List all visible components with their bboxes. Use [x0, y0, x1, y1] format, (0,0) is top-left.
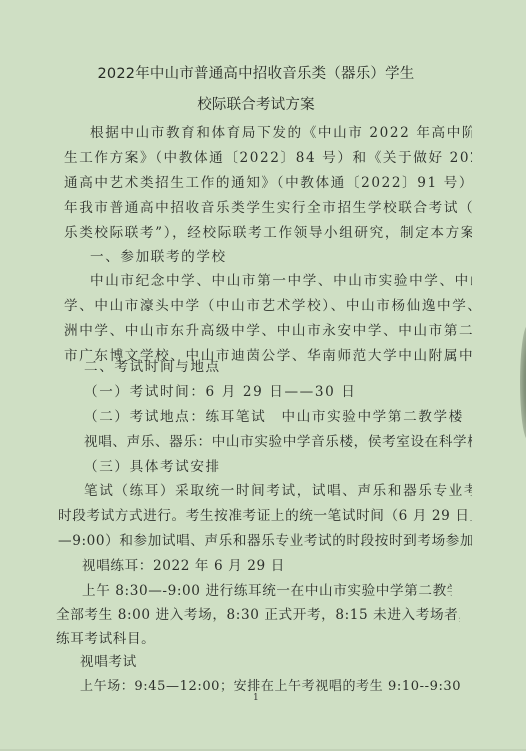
exam-location: （二）考试地点：练耳笔试 中山市实验中学第二教学楼	[84, 408, 472, 426]
arrangement-line: 笔试（练耳）采取统一时间考试，试唱、声乐和器乐专业考试采取分	[84, 482, 472, 500]
exam-location-detail: 视唱、声乐、器乐：中山市实验中学音乐楼，侯考室设在科学楼一楼。	[84, 433, 472, 451]
section-2-heading: 二、考试时间与地点	[84, 358, 472, 376]
ear-training-line: 上午 8:30—-9:00 进行练耳统一在中山市实验中学第二教学楼笔试，	[82, 582, 452, 600]
exam-time: （一）考试时间：6 月 29 日——30 日	[84, 383, 472, 401]
arrangement-line: —9:00）和参加试唱、声乐和器乐专业考试的时段按时到考场参加考试。	[58, 532, 472, 550]
intro-line: 通高中艺术类招生工作的通知》（中教体通〔2022〕91 号）文件精神，2022	[64, 174, 472, 192]
ear-training-date: 视唱练耳：2022 年 6 月 29 日	[82, 557, 470, 575]
arrangement-heading: （三）具体考试安排	[84, 458, 472, 476]
intro-line: 年我市普通高中招收音乐类学生实行全市招生学校联合考试（以下称“音	[64, 199, 472, 217]
section-1-heading: 一、参加联考的学校	[90, 248, 472, 266]
ear-training-line: 全部考生 8:00 进入考场，8:30 正式开考，8:15 未进入考场者，视为放…	[56, 606, 460, 624]
document-page: 2022年中山市普通高中招收音乐类（器乐）学生 校际联合考试方案 根据中山市教育…	[0, 0, 526, 751]
document-title-line-1: 2022年中山市普通高中招收音乐类（器乐）学生	[6, 62, 506, 83]
school-list-line: 学、中山市濠头中学（中山市艺术学校）、中山市杨仙逸中学、中山市烟	[64, 297, 472, 315]
document-title-line-2: 校际联合考试方案	[6, 93, 506, 114]
page-number: 1	[253, 693, 259, 703]
sight-singing-line: 上午场：9:45—12:00；安排在上午考视唱的考生 9:10--9:30 在科…	[80, 678, 460, 696]
ear-training-line: 练耳考试科目。	[56, 630, 464, 648]
intro-line: 生工作方案》（中教体通〔2022〕84 号）和《关于做好 2022 年中山市普	[64, 149, 472, 167]
sight-singing-heading: 视唱考试	[80, 653, 488, 671]
school-list-line: 中山市纪念中学、中山市第一中学、中山市实验中学、中山市小榄中	[90, 272, 472, 290]
arrangement-line: 时段考试方式进行。考生按准考证上的统一笔试时间（6 月 29 日上午 8:30	[58, 507, 472, 525]
intro-line: 根据中山市教育和体育局下发的《中山市 2022 年高中阶段学校考试招	[90, 124, 472, 142]
intro-line: 乐类校际联考”），经校际联考工作领导小组研究，制定本方案。	[64, 224, 472, 242]
school-list-line: 洲中学、中山市东升高级中学、中山市永安中学、中山市第二中学、中山	[64, 322, 472, 340]
seal-stamp-edge	[520, 325, 526, 440]
